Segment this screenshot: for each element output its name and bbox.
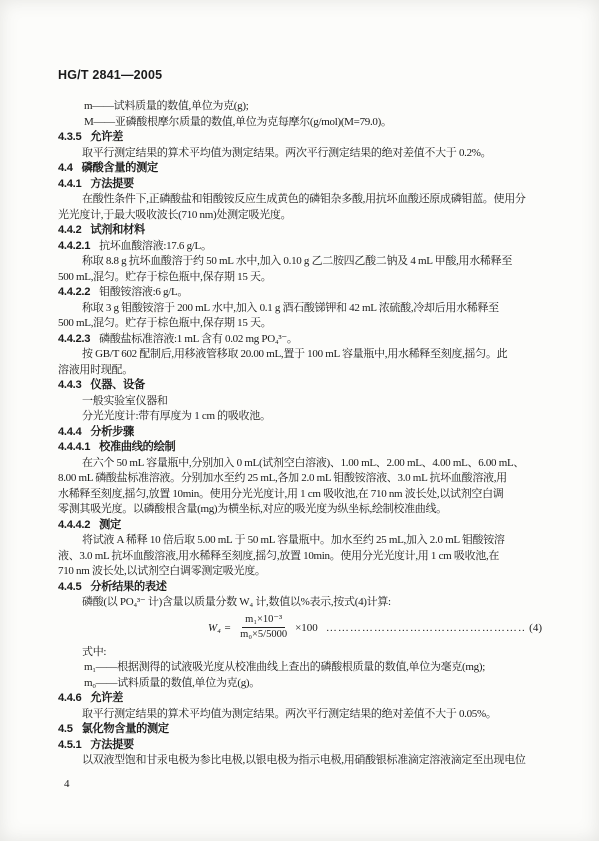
paragraph-calibration-3: 水稀释至刻度,摇匀,放置 10min。使用分光光度计,用 1 cm 吸收池,在 … <box>58 487 546 503</box>
formula-fraction: m₁×10⁻³ m₀×5/5000 <box>237 614 290 641</box>
paragraph-determination-3: 710 nm 波长处,以试剂空白调零测定吸光度。 <box>58 564 546 580</box>
symbol-definition-M: M——亚磷酸根摩尔质量的数值,单位为克每摩尔(g/mol)(M=79.0)。 <box>58 115 546 131</box>
heading-4-4-6: 4.4.6允许差 <box>58 691 546 707</box>
heading-4-4-4: 4.4.4分析步骤 <box>58 425 546 441</box>
paragraph-tolerance-4-4-6: 取平行测定结果的算术平均值为测定结果。两次平行测定结果的绝对差值不大于 0.05… <box>58 707 546 723</box>
formula-denominator: m₀×5/5000 <box>237 628 290 641</box>
heading-4-4: 4.4磷酸含量的测定 <box>58 161 546 177</box>
paragraph-calibration-4: 零测其吸光度。以磷酸根含量(mg)为横坐标,对应的吸光度为纵坐标,绘制校准曲线。 <box>58 502 546 518</box>
paragraph-method-summary: 在酸性条件下,正磷酸盐和钼酸铵反应生成黄色的磷钼杂多酸,用抗坏血酸还原成磷钼蓝。… <box>58 192 546 208</box>
clause-4-4-2-3: 4.4.2.3磷酸盐标准溶液:1 mL 含有 0.02 mg PO₄³⁻。 <box>58 332 546 348</box>
paragraph-tolerance-4-3-5: 取平行测定结果的算术平均值为测定结果。两次平行测定结果的绝对差值不大于 0.2%… <box>58 146 546 162</box>
symbol-definition-m: m——试料质量的数值,单位为克(g); <box>58 99 546 115</box>
paragraph-calibration-2: 8.00 mL 磷酸盐标准溶液。分别加水至约 25 mL,各加 2.0 mL 钼… <box>58 471 546 487</box>
heading-4-3-5: 4.3.5允许差 <box>58 130 546 146</box>
document-page: HG/T 2841—2005 m——试料质量的数值,单位为克(g); M——亚磷… <box>0 0 599 841</box>
heading-4-4-4-2: 4.4.4.2测定 <box>58 518 546 534</box>
paragraph-standard-solution: 按 GB/T 602 配制后,用移液管移取 20.00 mL,置于 100 mL… <box>58 347 546 363</box>
formula-4: W₄ = m₁×10⁻³ m₀×5/5000 ×100 ………………………………… <box>58 611 546 645</box>
paragraph-instruments-1: 一般实验室仪器和 <box>58 394 546 410</box>
heading-4-4-2: 4.4.2试剂和材料 <box>58 223 546 239</box>
page-number: 4 <box>64 778 70 790</box>
heading-4-4-1: 4.4.1方法提要 <box>58 177 546 193</box>
paragraph-ascorbic-prep-cont: 500 mL,混匀。贮存于棕色瓶中,保存期 15 天。 <box>58 270 546 286</box>
paragraph-determination-2: 液、3.0 mL 抗坏血酸溶液,用水稀释至刻度,摇匀,放置 10min。使用分光… <box>58 549 546 565</box>
paragraph-method-summary-cont: 光光度计,于最大吸收波长(710 nm)处测定吸光度。 <box>58 208 546 224</box>
heading-4-4-5: 4.4.5分析结果的表述 <box>58 580 546 596</box>
paragraph-molybdate-prep: 称取 3 g 钼酸铵溶于 200 mL 水中,加入 0.1 g 酒石酸锑钾和 4… <box>58 301 546 317</box>
paragraph-calibration-1: 在六个 50 mL 容量瓶中,分别加入 0 mL(试剂空白溶液)、1.00 mL… <box>58 456 546 472</box>
paragraph-molybdate-prep-cont: 500 mL,混匀。贮存于棕色瓶中,保存期 15 天。 <box>58 316 546 332</box>
standard-number-header: HG/T 2841—2005 <box>58 68 162 82</box>
clause-4-4-2-2: 4.4.2.2钼酸铵溶液:6 g/L。 <box>58 285 546 301</box>
document-body: m——试料质量的数值,单位为克(g); M——亚磷酸根摩尔质量的数值,单位为克每… <box>58 99 546 769</box>
formula-lhs: W₄ = <box>208 622 231 634</box>
formula-number: (4) <box>529 622 542 634</box>
paragraph-standard-solution-cont: 溶液用时现配。 <box>58 363 546 379</box>
paragraph-ascorbic-prep: 称取 8.8 g 抗坏血酸溶于约 50 mL 水中,加入 0.10 g 乙二胺四… <box>58 254 546 270</box>
paragraph-chloride-method: 以双液型饱和甘汞电极为参比电极,以银电极为指示电极,用硝酸银标准滴定溶液滴定至出… <box>58 753 546 769</box>
symbol-definition-m1: m₁——根据测得的试液吸光度从校准曲线上查出的磷酸根质量的数值,单位为毫克(mg… <box>58 660 546 676</box>
paragraph-instruments-2: 分光光度计:带有厚度为 1 cm 的吸收池。 <box>58 409 546 425</box>
paragraph-where: 式中: <box>58 645 546 661</box>
formula-numerator: m₁×10⁻³ <box>242 614 285 628</box>
formula-dot-leader: ………………………………………………………… <box>326 622 525 634</box>
symbol-definition-m0: m₀——试料质量的数值,单位为克(g)。 <box>58 676 546 692</box>
paragraph-determination-1: 将试液 A 稀释 10 倍后取 5.00 mL 于 50 mL 容量瓶中。加水至… <box>58 533 546 549</box>
paragraph-result-expression: 磷酸(以 PO₄³⁻ 计)含量以质量分数 W₄ 计,数值以%表示,按式(4)计算… <box>58 595 546 611</box>
heading-4-4-4-1: 4.4.4.1校准曲线的绘制 <box>58 440 546 456</box>
clause-4-4-2-1: 4.4.2.1抗坏血酸溶液:17.6 g/L。 <box>58 239 546 255</box>
formula-multiplier: ×100 <box>295 622 318 634</box>
heading-4-5: 4.5氯化物含量的测定 <box>58 722 546 738</box>
heading-4-4-3: 4.4.3仪器、设备 <box>58 378 546 394</box>
heading-4-5-1: 4.5.1方法提要 <box>58 738 546 754</box>
